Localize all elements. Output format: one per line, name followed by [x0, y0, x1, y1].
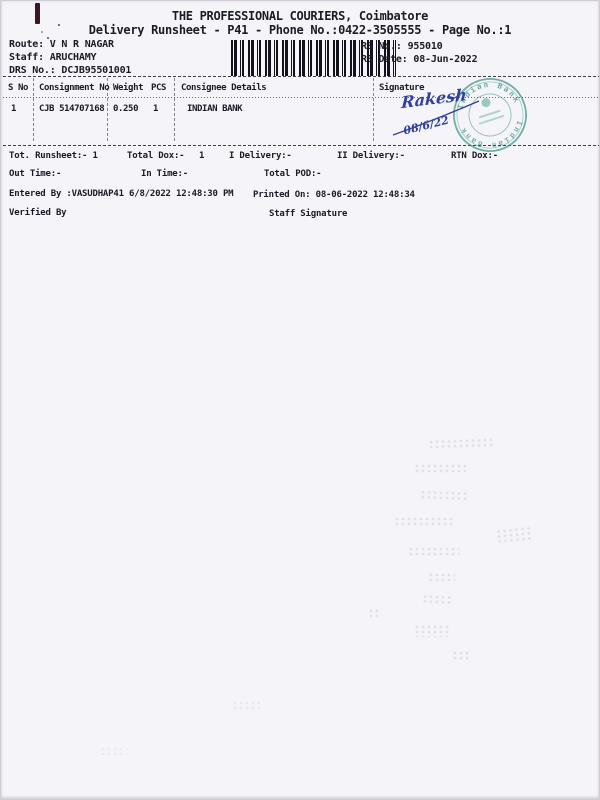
staff-value: ARUCHAMY — [50, 52, 97, 63]
rs-date-line: RS Date: 08-Jun-2022 — [361, 54, 477, 65]
rs-date-value: 08-Jun-2022 — [413, 54, 477, 65]
page-subtitle: Delivery Runsheet - P41 - Phone No.:0422… — [1, 23, 599, 37]
tot-runsheet: Tot. Runsheet:- 1 — [9, 151, 98, 161]
i-delivery-label: I Delivery:- — [229, 151, 292, 161]
rtn-dox-label: RTN Dox:- — [451, 151, 498, 161]
column-rule — [174, 78, 175, 143]
rs-no-label: RS No.: — [361, 41, 402, 52]
rs-no-value: 955010 — [408, 41, 443, 52]
rs-no-line: RS No.: 955010 — [361, 41, 443, 52]
total-dox-value: 1 — [199, 151, 204, 161]
drs-line: DRS No.: DCJB95501001 — [9, 65, 131, 76]
scanned-delivery-runsheet: THE PROFESSIONAL COURIERS, Coimbatore De… — [0, 0, 600, 800]
verified-by-label: Verified By — [9, 208, 66, 218]
col-header-sno: S No — [8, 83, 28, 93]
col-header-consignment: Consignment No — [39, 83, 109, 93]
recipient-signature: Rakesh 08/6/22 — [391, 89, 501, 149]
rs-date-label: RS Date: — [361, 54, 408, 65]
page-title: THE PROFESSIONAL COURIERS, Coimbatore — [1, 9, 599, 23]
total-pod-label: Total POD:- — [264, 169, 321, 179]
cell-consignee: INDIAN BANK — [187, 104, 242, 114]
column-rule — [373, 78, 374, 143]
route-line: Route: V N R NAGAR — [9, 39, 114, 50]
column-rule — [33, 78, 34, 143]
col-header-consignee: Consignee Details — [181, 83, 266, 93]
cell-sno: 1 — [11, 104, 16, 114]
drs-value: DCJB95501001 — [61, 65, 131, 76]
entered-by-line: Entered By :VASUDHAP41 6/8/2022 12:48:30… — [9, 189, 233, 199]
in-time-label: In Time:- — [141, 169, 188, 179]
cell-pcs: 1 — [153, 104, 158, 114]
ii-delivery-label: II Delivery:- — [337, 151, 405, 161]
total-dox-label: Total Dox:- — [127, 151, 184, 161]
tot-runsheet-label: Tot. Runsheet:- — [9, 151, 87, 161]
cell-weight: 0.250 — [113, 104, 138, 114]
staff-signature-label: Staff Signature — [269, 209, 347, 219]
staff-line: Staff: ARUCHAMY — [9, 52, 96, 63]
col-header-weight: Weight — [113, 83, 143, 93]
col-header-pcs: PCS — [151, 83, 166, 93]
printed-on-line: Printed On: 08-06-2022 12:48:34 — [253, 190, 415, 200]
route-label: Route: — [9, 39, 44, 50]
out-time-label: Out Time:- — [9, 169, 61, 179]
drs-label: DRS No.: — [9, 65, 56, 76]
tot-runsheet-value: 1 — [93, 151, 98, 161]
staff-label: Staff: — [9, 52, 44, 63]
route-value: V N R NAGAR — [50, 39, 114, 50]
cell-consignment-no: CJB 514707168 — [39, 104, 104, 114]
